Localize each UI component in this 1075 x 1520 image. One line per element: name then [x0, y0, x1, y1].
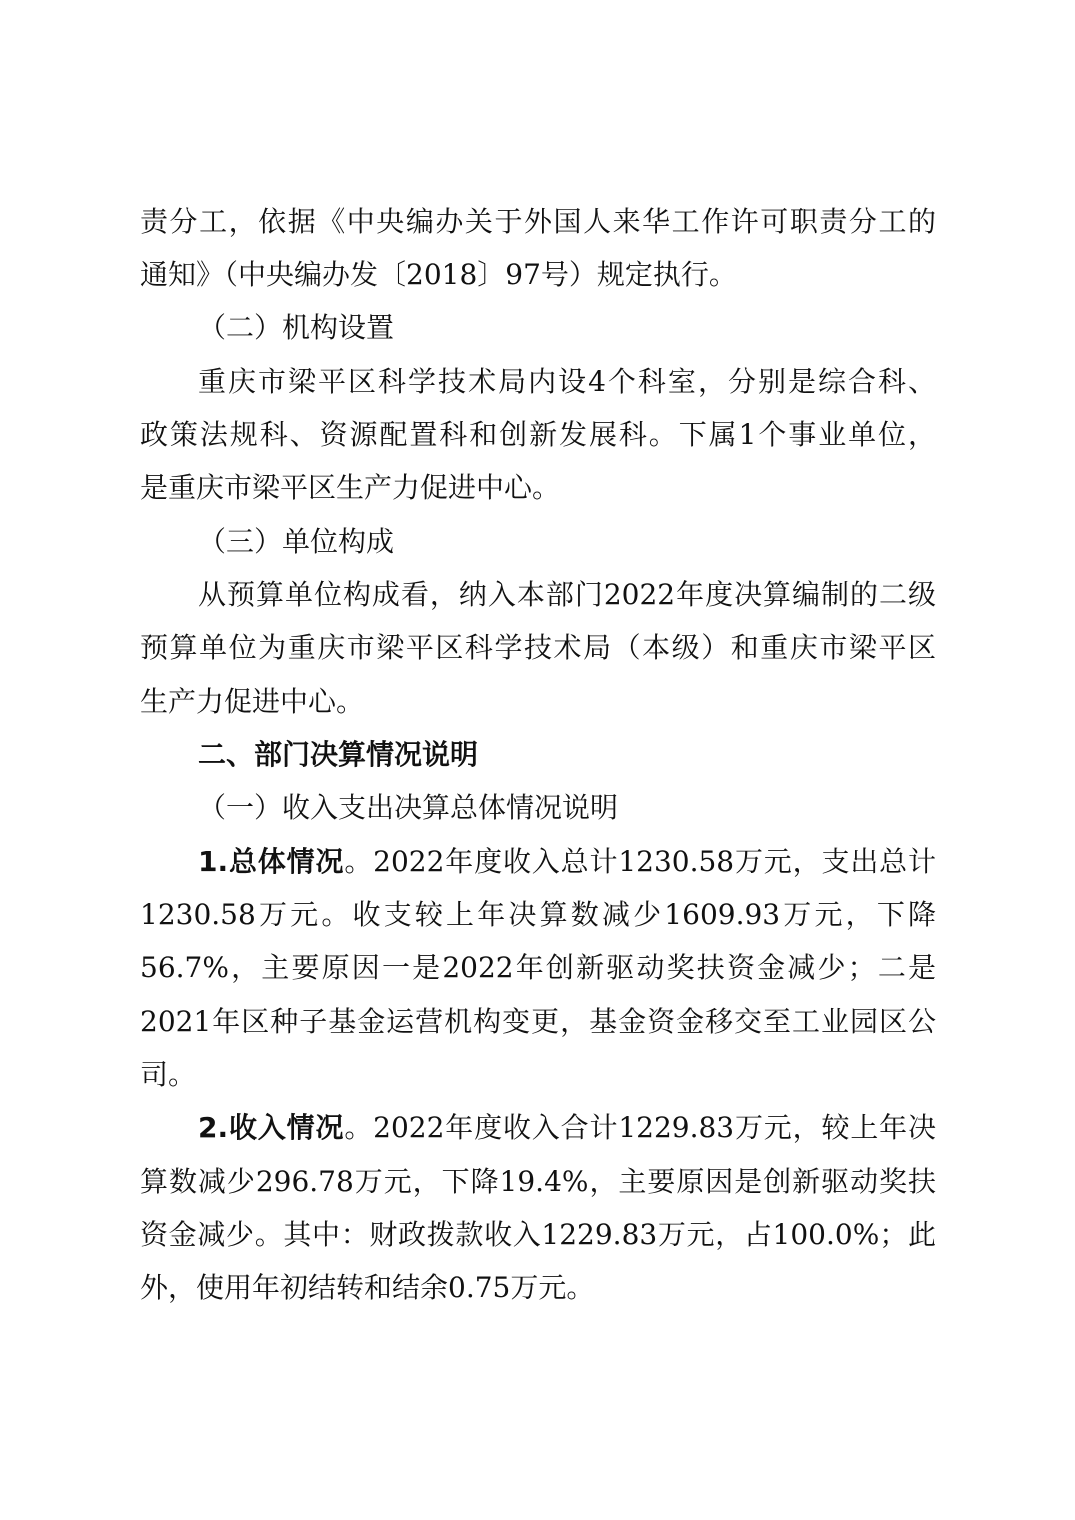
body-line-21: 外，使用年初结转和结余0.75万元。 [140, 1268, 936, 1308]
body-line-10: 生产力促进中心。 [140, 682, 936, 722]
section-heading-income-expense: （一）收入支出决算总体情况说明 [140, 788, 936, 828]
body-line-14: 1230.58万元。收支较上年决算数减少1609.93万元，下降 [140, 895, 936, 935]
section-heading-unit-composition: （三）单位构成 [140, 522, 936, 562]
income-situation-text: 。2022年度收入合计1229.83万元，较上年决 [344, 1111, 936, 1144]
chapter-heading-final-accounts: 二、部门决算情况说明 [140, 735, 936, 775]
section-heading-institution-setup: （二）机构设置 [140, 308, 936, 348]
body-line-9: 预算单位为重庆市梁平区科学技术局（本级）和重庆市梁平区 [140, 628, 936, 668]
body-line-17: 司。 [140, 1055, 936, 1095]
body-line-1: 责分工，依据《中央编办关于外国人来华工作许可职责分工的 [140, 202, 936, 242]
body-line-4: 重庆市梁平区科学技术局内设4个科室，分别是综合科、 [140, 362, 936, 402]
paragraph-income-situation: 2.收入情况。2022年度收入合计1229.83万元，较上年决 [140, 1108, 936, 1148]
body-line-16: 2021年区种子基金运营机构变更，基金资金移交至工业园区公 [140, 1002, 936, 1042]
body-line-6: 是重庆市梁平区生产力促进中心。 [140, 468, 936, 508]
body-line-15: 56.7%，主要原因一是2022年创新驱动奖扶资金减少；二是 [140, 948, 936, 988]
body-line-5: 政策法规科、资源配置科和创新发展科。下属1个事业单位， [140, 415, 936, 455]
overall-situation-text: 。2022年度收入总计1230.58万元，支出总计 [344, 845, 936, 878]
body-line-8: 从预算单位构成看，纳入本部门2022年度决算编制的二级 [140, 575, 936, 615]
paragraph-overall-situation: 1.总体情况。2022年度收入总计1230.58万元，支出总计 [140, 842, 936, 882]
body-line-19: 算数减少296.78万元，下降19.4%，主要原因是创新驱动奖扶 [140, 1162, 936, 1202]
body-line-20: 资金减少。其中：财政拨款收入1229.83万元，占100.0%；此 [140, 1215, 936, 1255]
lead-overall-situation: 1.总体情况 [198, 845, 344, 878]
body-line-2: 通知》（中央编办发〔2018〕97号）规定执行。 [140, 255, 936, 295]
lead-income-situation: 2.收入情况 [198, 1111, 344, 1144]
